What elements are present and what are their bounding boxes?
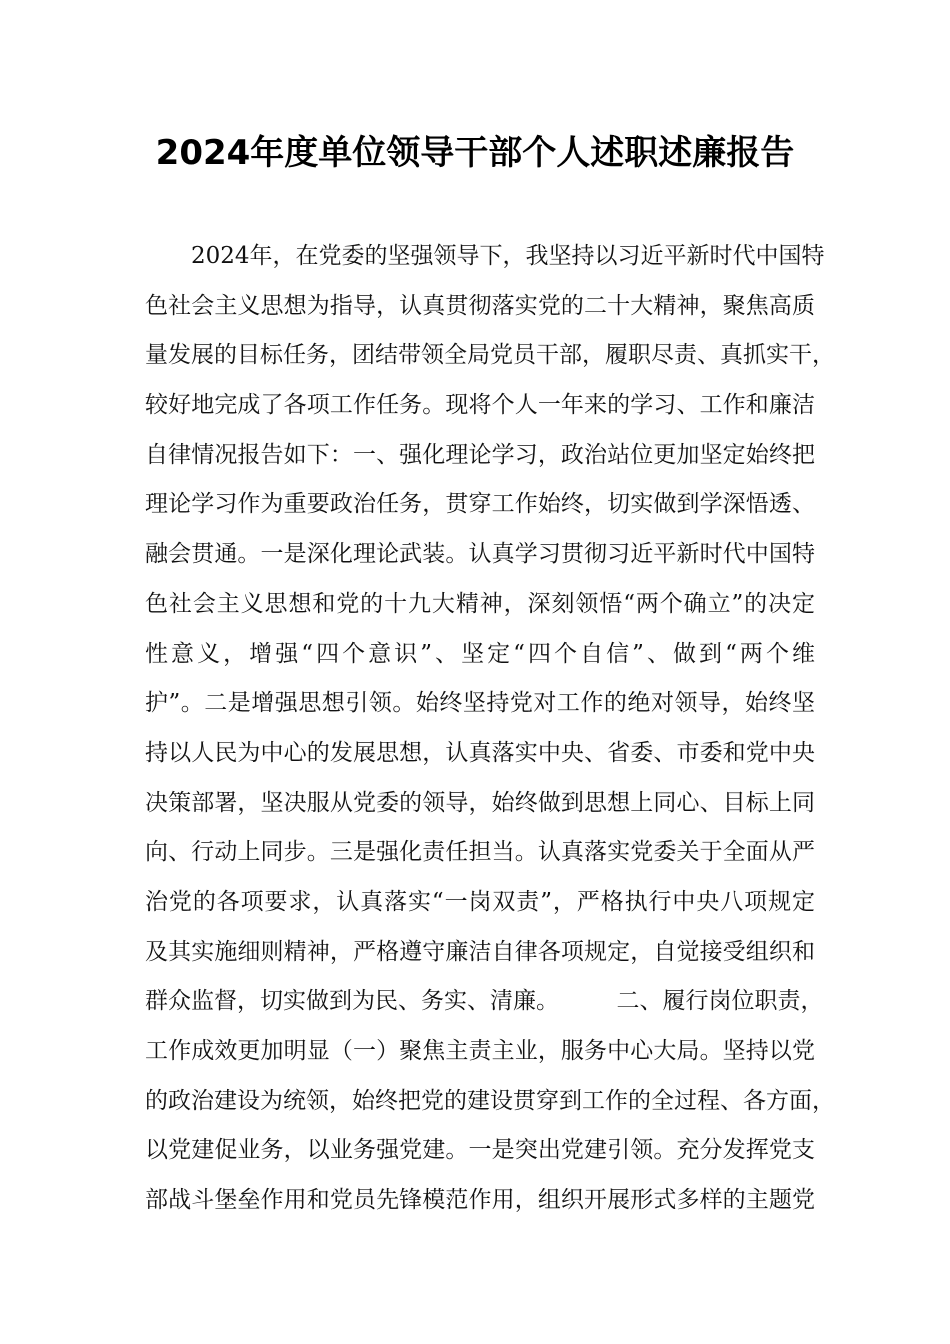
- body-line: 的政治建设为统领，始终把党的建设贯穿到工作的全过程、各方面，: [145, 1077, 815, 1127]
- body-line: 工作成效更加明显（一）聚焦主责主业，服务中心大局。坚持以党: [145, 1027, 815, 1077]
- body-line: 融会贯通。一是深化理论武装。认真学习贯彻习近平新时代中国特: [145, 530, 815, 580]
- body-line: 2024年，在党委的坚强领导下，我坚持以习近平新时代中国特: [145, 232, 815, 282]
- body-line: 群众监督，切实做到为民、务实、清廉。 二、履行岗位职责，: [145, 977, 815, 1027]
- body-line: 量发展的目标任务，团结带领全局党员干部，履职尽责、真抓实干，: [145, 331, 815, 381]
- body-line: 自律情况报告如下：一、强化理论学习，政治站位更加坚定始终把: [145, 431, 815, 481]
- body-line: 性意义，增强“四个意识”、坚定“四个自信”、做到“两个维: [145, 630, 815, 680]
- body-line: 色社会主义思想为指导，认真贯彻落实党的二十大精神，聚焦高质: [145, 282, 815, 332]
- document-page: 2024年度单位领导干部个人述职述廉报告 2024年，在党委的坚强领导下，我坚持…: [0, 0, 950, 1344]
- body-line: 及其实施细则精神，严格遵守廉洁自律各项规定，自觉接受组织和: [145, 928, 815, 978]
- body-line: 决策部署，坚决服从党委的领导，始终做到思想上同心、目标上同: [145, 779, 815, 829]
- body-line: 色社会主义思想和党的十九大精神，深刻领悟“两个确立”的决定: [145, 580, 815, 630]
- body-line: 持以人民为中心的发展思想，认真落实中央、省委、市委和党中央: [145, 729, 815, 779]
- body-line: 治党的各项要求，认真落实“一岗双责”，严格执行中央八项规定: [145, 878, 815, 928]
- body-line: 较好地完成了各项工作任务。现将个人一年来的学习、工作和廉洁: [145, 381, 815, 431]
- body-line: 向、行动上同步。三是强化责任担当。认真落实党委关于全面从严: [145, 828, 815, 878]
- document-body: 2024年，在党委的坚强领导下，我坚持以习近平新时代中国特 色社会主义思想为指导…: [145, 232, 815, 1226]
- body-line: 部战斗堡垒作用和党员先锋模范作用，组织开展形式多样的主题党: [145, 1176, 815, 1226]
- body-line: 护”。二是增强思想引领。始终坚持党对工作的绝对领导，始终坚: [145, 679, 815, 729]
- body-line: 理论学习作为重要政治任务，贯穿工作始终，切实做到学深悟透、: [145, 480, 815, 530]
- body-line: 以党建促业务，以业务强党建。一是突出党建引领。充分发挥党支: [145, 1126, 815, 1176]
- document-title: 2024年度单位领导干部个人述职述廉报告: [0, 128, 950, 178]
